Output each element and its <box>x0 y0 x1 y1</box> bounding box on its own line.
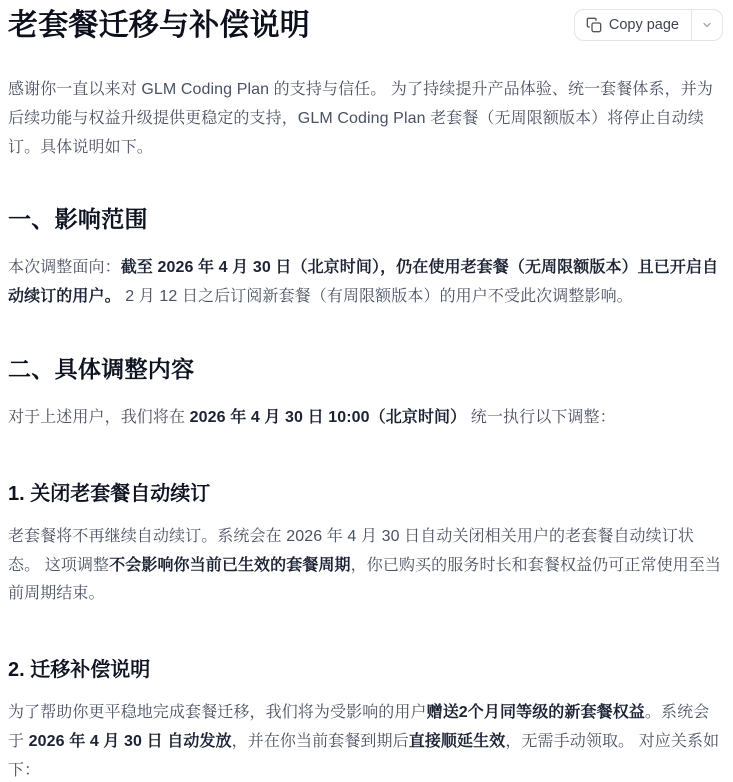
section-heading-adjustments: 二、具体调整内容 <box>8 354 723 384</box>
page-header: 老套餐迁移与补偿说明 Copy page <box>8 8 723 44</box>
section-scope: 一、影响范围 本次调整面向：截至 2026 年 4 月 30 日（北京时间），仍… <box>8 204 723 312</box>
copy-page-widget: Copy page <box>574 9 723 41</box>
subsection-heading-autorenew: 1. 关闭老套餐自动续订 <box>8 481 723 507</box>
paragraph-adjustments: 对于上述用户，我们将在 2026 年 4 月 30 日 10:00（北京时间） … <box>8 404 723 433</box>
intro-paragraph: 感谢你一直以来对 GLM Coding Plan 的支持与信任。 为了持续提升产… <box>8 76 723 162</box>
section-adjustments: 二、具体调整内容 对于上述用户，我们将在 2026 年 4 月 30 日 10:… <box>8 354 723 782</box>
section-heading-scope: 一、影响范围 <box>8 204 723 234</box>
subsection-heading-compensation: 2. 迁移补偿说明 <box>8 657 723 683</box>
copy-icon <box>586 17 602 33</box>
paragraph-scope: 本次调整面向：截至 2026 年 4 月 30 日（北京时间），仍在使用老套餐（… <box>8 254 723 312</box>
copy-page-label: Copy page <box>609 17 679 33</box>
paragraph-autorenew: 老套餐将不再继续自动续订。系统会在 2026 年 4 月 30 日自动关闭相关用… <box>8 523 723 609</box>
copy-options-button[interactable] <box>692 10 722 40</box>
page-title: 老套餐迁移与补偿说明 <box>8 8 310 44</box>
docs-page: 老套餐迁移与补偿说明 Copy page <box>0 0 733 782</box>
copy-page-button[interactable]: Copy page <box>575 10 691 40</box>
paragraph-compensation: 为了帮助你更平稳地完成套餐迁移，我们将为受影响的用户赠送2个月同等级的新套餐权益… <box>8 699 723 782</box>
chevron-down-icon <box>701 19 713 31</box>
